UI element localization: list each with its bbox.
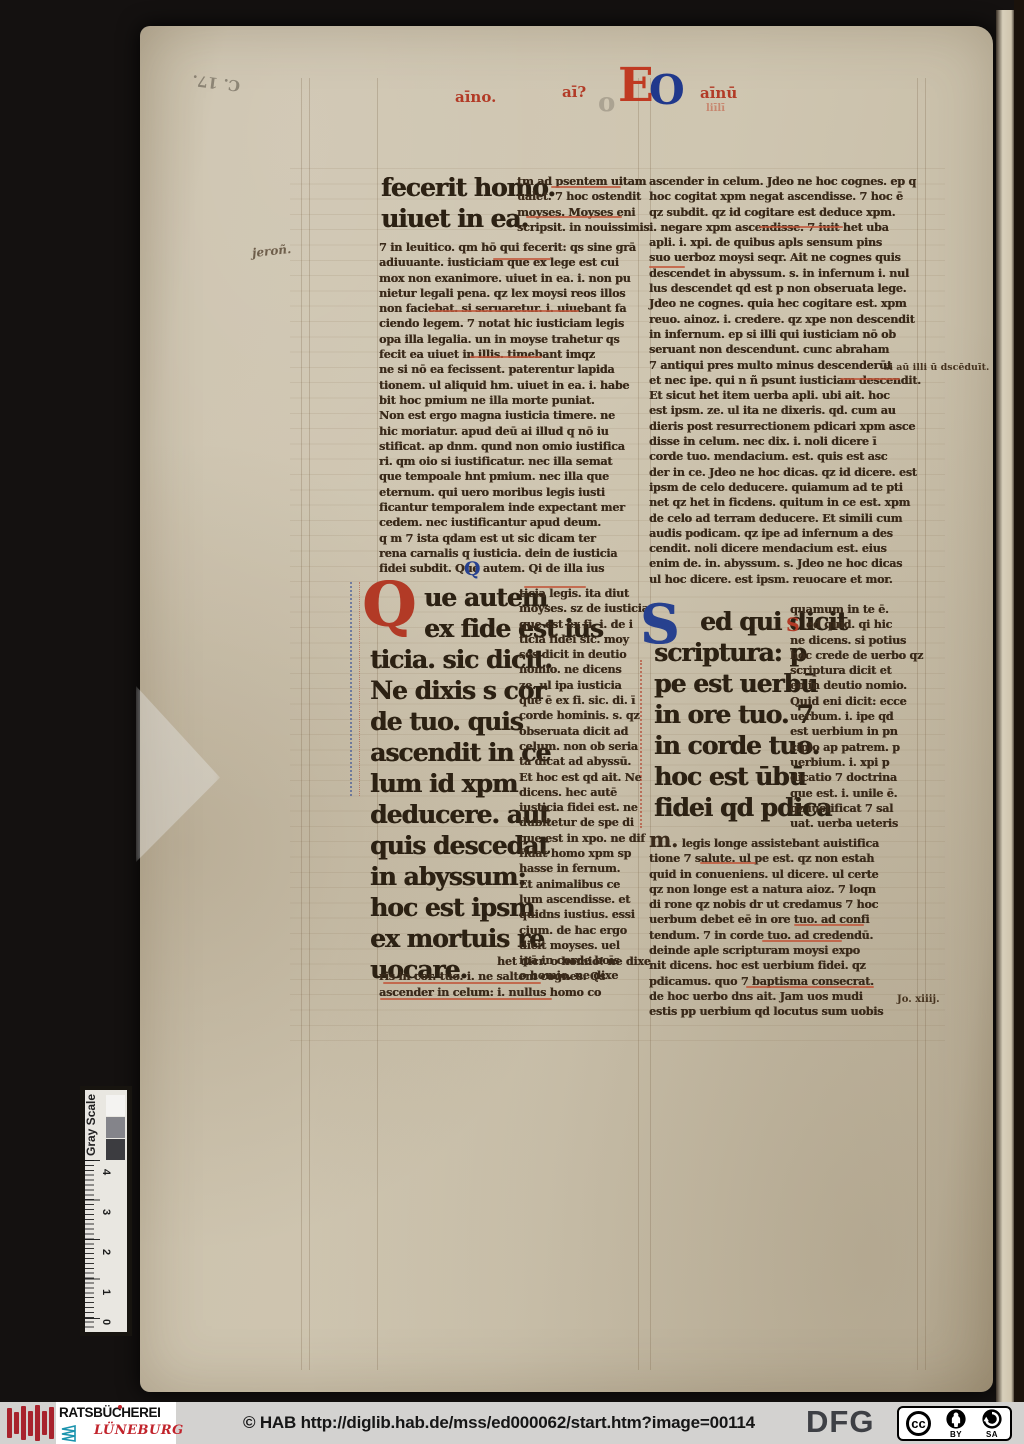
gloss-line: descendet in abyssum. s. in infernum i. …	[649, 266, 921, 281]
gloss-line: ticia fidei sic. moy	[519, 632, 649, 647]
ruling-line-vertical	[925, 78, 926, 1370]
gloss-line: ses dicit in deutio	[519, 647, 649, 662]
ruler-number: 0	[100, 1319, 112, 1325]
rubric-underline	[526, 216, 622, 218]
gloss-line: dicatio 7 doctrina	[790, 770, 923, 785]
gloss-line: apli. i. xpi. de quibus apls sensum pins	[649, 235, 921, 250]
gloss-line: ze. ul ipa iusticia	[519, 678, 649, 693]
rubric-underline	[700, 862, 756, 864]
gloss-line: corde hominis. s. qz	[519, 708, 649, 723]
gloss-col1-side: ticia legis. ita diutmoyses. sz de iusti…	[519, 586, 649, 984]
gloss-col2-side: quamum in te ē.ed quid. qi hicne dicens.…	[790, 602, 923, 831]
ruling-line-vertical	[301, 78, 302, 1370]
ruler-number: 4	[100, 1169, 112, 1175]
umlaut-red-dot	[118, 1405, 122, 1409]
gloss-col1-top-right: tm ad psentem uitamualet. 7 hoc ostendit…	[517, 174, 649, 235]
gloss-line: ascender in celum. Jdeo ne hoc cognes. e…	[649, 174, 921, 189]
gloss-line: lus descendet qd est p non obseruata leg…	[649, 281, 921, 296]
ruler-strip: Gray Scale 4 3 2 1 0	[85, 1090, 127, 1332]
ruler-number: 2	[100, 1249, 112, 1255]
source-url-text: © HAB http://diglib.hab.de/mss/ed000062/…	[243, 1402, 755, 1444]
gloss-line: que est ex fi. i. de i	[519, 617, 649, 632]
gloss-line: hoc cogitat xpm negat ascendisse. 7 hoc …	[649, 189, 921, 204]
gray-patch-dark	[106, 1139, 125, 1160]
gloss-col1-bottom: het dicr. o homio! ne dixeris in cor. tu…	[379, 954, 651, 1000]
gloss-line: lum ascendisse. et	[519, 892, 649, 907]
library-logo: RATSBÜCHEREI LÜNEBURG	[56, 1402, 176, 1444]
running-header-mid: aī?	[562, 83, 586, 101]
ruler-number: 3	[100, 1209, 112, 1215]
gloss-line: que tempoale hnt pmium. nec illa que	[379, 469, 636, 484]
gloss-line: bit hoc pmium ne illa morte puniat.	[379, 393, 636, 408]
gloss-line: suo uerboz moysi seqr. Ait ne cognes qui…	[649, 250, 921, 265]
gloss-line: fidei subdit. Que autem. Qi de illa ius	[379, 561, 636, 576]
grayscale-label: Gray Scale	[84, 1094, 98, 1156]
gloss-line: cendit. noli dicere mendacium est. eius	[649, 541, 921, 556]
manuscript-page: C. 17. aīno. aī? o E O aīnū liīlī jeroñ.…	[140, 26, 993, 1392]
gloss-line: estis pp uerbium qd locutus sum uobis	[649, 1004, 883, 1019]
gloss-line: Quid eni dicit: ecce	[790, 694, 923, 709]
gloss-line: enim de. in. abyssum. s. Jdeo ne hoc dic…	[649, 556, 921, 571]
running-header-right: aīnū	[700, 84, 737, 102]
rubric-underline	[649, 266, 685, 268]
gloss-line: Non est ergo magna iusticia timere. ne	[379, 408, 636, 423]
gloss-line: uat. uerba ueteris	[790, 816, 923, 831]
gloss-line: ta dicat ad abyssū.	[519, 754, 649, 769]
gloss-line: de hoc uerbo dns ait. Jam uos mudi	[649, 989, 883, 1004]
initial-flourish-red	[640, 660, 647, 828]
gloss-line: hoc crede de uerbo qz	[790, 648, 923, 663]
gloss-line: Et sicut het item uerba apli. ubi ait. h…	[649, 388, 921, 403]
gloss-line: ed quid. qi hic	[790, 617, 923, 632]
margin-note-john-reference: Jo. xiiij.	[897, 994, 940, 1005]
wave-icon	[61, 1425, 91, 1442]
gloss-line: qz non longe est a natura aioz. 7 loqn	[649, 882, 883, 897]
ruler-number: 1	[100, 1289, 112, 1295]
rubric-underline	[380, 998, 552, 1000]
gloss-line: est uerbium in pn	[790, 724, 923, 739]
rubric-underline	[493, 258, 551, 260]
cc-icon: cc	[906, 1411, 931, 1436]
gloss-line: moyses. sz de iusticia	[519, 601, 649, 616]
gloss-line: dicens. hec autē	[519, 785, 649, 800]
gloss-line: deinde aple scripturam moysi expo	[649, 943, 883, 958]
rubric-underline	[524, 586, 586, 588]
gloss-col1-block: 7 in leuitico. qm hō qui fecerit: qs sin…	[379, 240, 636, 577]
running-header-left: aīno.	[455, 88, 496, 106]
gloss-line: Jdeo ne cognes. quia hec cogitare est. x…	[649, 296, 921, 311]
gloss-line: disse in celum. nec dix. i. noli dicere …	[649, 434, 921, 449]
gloss-line: hic moriatur. apud deū ai illud q nō iu	[379, 424, 636, 439]
rubric-underline	[429, 310, 579, 312]
ruling-line-vertical	[309, 78, 310, 1370]
gloss-line: ciendo legem. 7 notat hic iusticiam legi…	[379, 316, 636, 331]
cc-by-item: BY	[945, 1408, 967, 1439]
running-header-right-sub: liīlī	[706, 103, 725, 114]
ruler-ticks-major	[85, 1160, 100, 1328]
cc-sa-label: SA	[986, 1431, 998, 1439]
gloss-line: in infernum. ep si illi qui iusticiam nō…	[649, 327, 921, 342]
gloss-line: di rone qz nobis dr ut credamus 7 hoc	[649, 897, 883, 912]
cc-sa-item: SA	[981, 1408, 1003, 1439]
library-city: LÜNEBURG	[94, 1423, 184, 1438]
rubric-underline	[762, 940, 842, 942]
cc-sa-icon	[981, 1408, 1003, 1430]
gloss-line: ualet. 7 hoc ostendit	[517, 189, 649, 204]
gloss-line: est ipsm. ze. ul ita ne dixeris. qd. cum…	[649, 403, 921, 418]
gloss-line: het dicr. o homio! ne dixe	[379, 954, 651, 969]
gloss-line: opa illa legalia. un in moyse trahetur q…	[379, 332, 636, 347]
library-name: RATSBÜCHEREI	[59, 1405, 160, 1420]
gloss-line: de celo ad terram deducere. Et simili cu…	[649, 511, 921, 526]
gloss-line: uerbium. i. xpi p	[790, 755, 923, 770]
plastic-clip-glare	[136, 686, 220, 862]
gloss-line: que est. i. unile ē.	[790, 786, 923, 801]
gloss-line: seruant non descendunt. cunc abraham	[649, 342, 921, 357]
creative-commons-badge: cc BY SA	[897, 1406, 1012, 1441]
gloss-line: scripsit. in nouissimis	[517, 220, 649, 235]
gloss-line: der in ce. Jdeo ne hoc dicas. qz id dice…	[649, 465, 921, 480]
header-ghost-letter: o	[598, 88, 615, 118]
cc-by-icon	[945, 1408, 967, 1430]
footer-bar: RATSBÜCHEREI LÜNEBURG © HAB http://digli…	[0, 1402, 1024, 1444]
gloss-line: tionem. ul aliquid hm. uiuet in ea. i. h…	[379, 378, 636, 393]
gloss-line: iusticia fidei est. ne	[519, 800, 649, 815]
gloss-line: eternum. qui uero moribus legis iusti	[379, 485, 636, 500]
rubric-underline	[551, 186, 621, 188]
initial-flourish	[350, 582, 360, 796]
gloss-line: cipio ap patrem. p	[790, 740, 923, 755]
rubric-underline	[840, 378, 900, 380]
gloss-line: uerbum. i. ipe qd	[790, 709, 923, 724]
gloss-line: non faciebat. si seruaretur. i. uiuebant…	[379, 301, 636, 316]
gloss-line: Et animalibus ce	[519, 877, 649, 892]
gloss-line: hasse in fernum.	[519, 861, 649, 876]
library-pipes-icon	[7, 1404, 54, 1442]
book-spine-edge	[1014, 0, 1024, 1444]
next-page-edge	[996, 10, 1015, 1402]
gloss-line: 7 in leuitico. qm hō qui fecerit: qs sin…	[379, 240, 636, 255]
gray-patch-white	[106, 1095, 125, 1116]
inline-initial-Q-blue: Q	[464, 558, 481, 580]
gloss-line: cium. de hac ergo	[519, 923, 649, 938]
gloss-line: dieris post resurrectionem pdicari xpm a…	[649, 419, 921, 434]
gloss-line: quamum in te ē.	[790, 602, 923, 617]
gloss-line: q m 7 ista qdam est ut sic dicam ter	[379, 531, 636, 546]
dfg-logo: DFG	[806, 1404, 874, 1440]
gloss-line: cedem. nec iustificantur apud deum.	[379, 515, 636, 530]
gloss-line: nit dicens. hoc est uerbium fidei. qz	[649, 958, 883, 973]
gloss-line: obseruata dicit ad	[519, 724, 649, 739]
gloss-line: nomio. ne dicens	[519, 662, 649, 677]
gloss-line: quid in conueniens. ul dicere. ul certe	[649, 867, 883, 882]
gloss-line: ficantur temporalem inde expectant mer	[379, 500, 636, 515]
rubric-underline	[746, 986, 874, 988]
gloss-line: fecit ea uiuet in illis. timebant imqz	[379, 347, 636, 362]
margin-note-left: jeroñ.	[251, 242, 291, 260]
rubric-underline	[470, 356, 542, 358]
gloss-line: nietur legali pena. qz lex moysi reos il…	[379, 286, 636, 301]
gloss-line: et nec ipe. qui n ñ psunt iusticiam desc…	[649, 373, 921, 388]
gloss-line: ul hoc dicere. est ipsm. reuocare et mor…	[649, 572, 921, 587]
header-initial-blue: O	[649, 70, 685, 110]
gloss-col2-top: ascender in celum. Jdeo ne hoc cognes. e…	[649, 174, 921, 587]
gloss-line: audis podicam. qz ipe ad infernum a des	[649, 526, 921, 541]
scan-viewport: C. 17. aīno. aī? o E O aīnū liīlī jeroñ.…	[0, 0, 1024, 1444]
gloss-line: dicit moyses. uel	[519, 938, 649, 953]
rubric-underline	[383, 982, 541, 984]
gloss-line: mox non exanimore. uiuet in ea. i. non p…	[379, 271, 636, 286]
gloss-line: rena carnalis q iusticia. dein de iustic…	[379, 546, 636, 561]
gloss-line: celum. non ob seria	[519, 739, 649, 754]
grayscale-calibration-ruler: Gray Scale 4 3 2 1 0	[80, 1086, 132, 1336]
gloss-line: Et hoc est qd ait. Ne	[519, 770, 649, 785]
rubric-underline	[794, 924, 864, 926]
gray-patch-mid	[106, 1117, 125, 1138]
rubric-underline	[759, 226, 843, 228]
gloss-line: ne si nō ea fecissent. paterentur lapida	[379, 362, 636, 377]
gloss-line: ne dicens. si potius	[790, 633, 923, 648]
gloss-line: fidat homo xpm sp	[519, 846, 649, 861]
gloss-line: stificat. ap dnm. qund non omio iustific…	[379, 439, 636, 454]
gloss-line: qz iustificat 7 sal	[790, 801, 923, 816]
pencil-foliation-mark: C. 17.	[191, 71, 241, 95]
gloss-line: ri. qm oio si iustificatur. nec illa sem…	[379, 454, 636, 469]
gloss-line: dubitetur de spe di	[519, 815, 649, 830]
gloss-line: qz subdit. qz id cogitare est deduce xpm…	[649, 205, 921, 220]
gloss-line: corde tuo. mendacium. est. quis est asc	[649, 449, 921, 464]
cc-by-label: BY	[950, 1431, 962, 1439]
gloss-line: m. legis longe assistebant auistifica	[649, 832, 883, 851]
gloss-line: ipsm de celo deducere. quiamum ad te pti	[649, 480, 921, 495]
gloss-line: eo in deutio nomio.	[790, 678, 923, 693]
gloss-line: que ē ex fi. sic. di. ī	[519, 693, 649, 708]
gloss-line: quidns iustius. essi	[519, 907, 649, 922]
gloss-line: ticia legis. ita diut	[519, 586, 649, 601]
gloss-line: reuo. ainoz. i. credere. qz xpe non desc…	[649, 312, 921, 327]
gloss-line: 7 antiqui pres multo minus descenderūt	[649, 358, 921, 373]
gloss-line: que est in xpo. ne dif	[519, 831, 649, 846]
gloss-line: tione 7 salute. ul pe est. qz non estah	[649, 851, 883, 866]
gloss-line: net qz het in ficdens. quitum in ce est.…	[649, 495, 921, 510]
gloss-line: scriptura dicit et	[790, 663, 923, 678]
